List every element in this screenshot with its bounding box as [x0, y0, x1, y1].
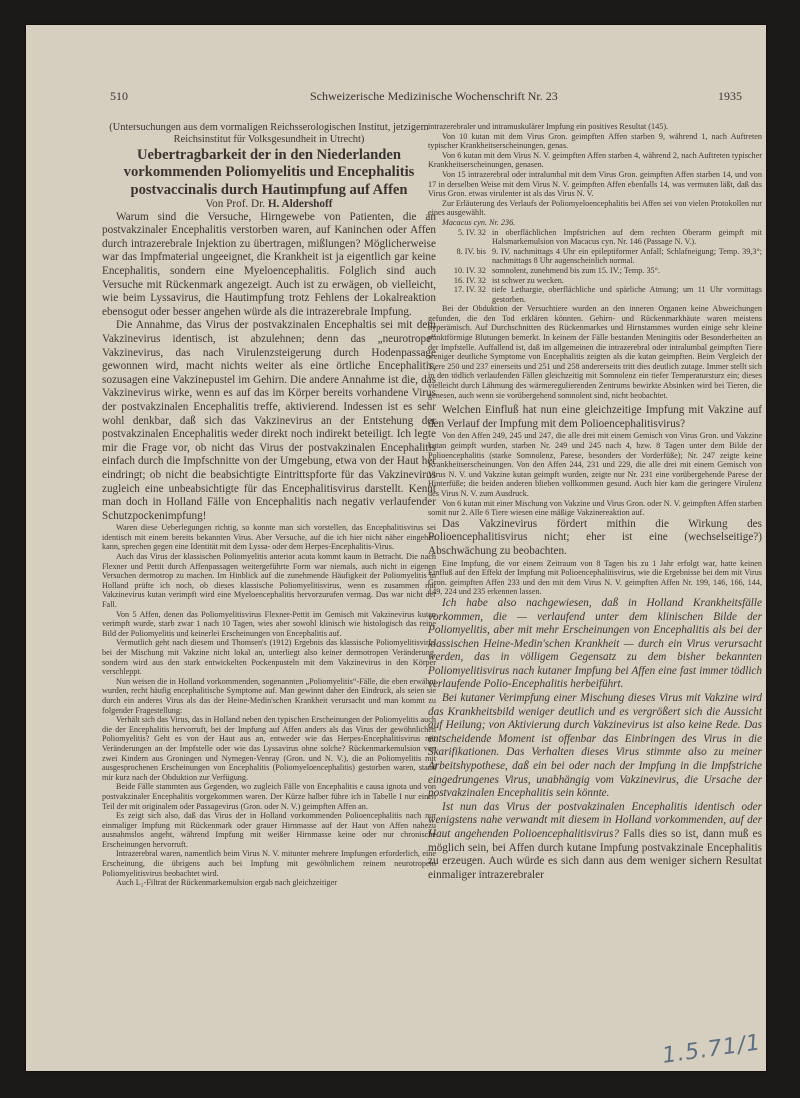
- left-column: (Untersuchungen aus dem vormaligen Reich…: [102, 122, 436, 888]
- protocol-date: 17. IV. 32: [428, 285, 492, 304]
- paragraph: Von 15 intrazerebral oder intralumbal mi…: [428, 170, 762, 199]
- paragraph: Ist nun das Virus der postvakzinalen Enc…: [428, 801, 762, 883]
- protocol-date: 16. IV. 32: [428, 276, 492, 286]
- paragraph: Nun weisen die in Holland vorkommenden, …: [102, 677, 436, 715]
- protocol-date: 5. IV. 32: [428, 228, 492, 247]
- paragraph: Von 10 kutan mit dem Virus Gron. geimpft…: [428, 132, 762, 151]
- handwritten-annotation: 1.5.71/1: [661, 1030, 763, 1069]
- paragraph: Die Annahme, das Virus der postvakzinale…: [102, 319, 436, 523]
- institute-note: (Untersuchungen aus dem vormaligen Reich…: [102, 122, 436, 147]
- paragraph: Warum sind die Versuche, Hirngewebe von …: [102, 211, 436, 320]
- paragraph: Von 6 kutan mit einer Mischung von Vakzi…: [428, 499, 762, 518]
- article-title: Uebertragbarkeit der in den Niederlanden…: [102, 147, 436, 199]
- conclusion-paragraph: Ich habe also nachgewiesen, daß in Holla…: [428, 597, 762, 692]
- paragraph: Eine Impfung, die vor einem Zeitraum von…: [428, 559, 762, 597]
- protocol-entry: somnolent, zunehmend bis zum 15. IV.; Te…: [492, 266, 762, 276]
- paragraph: Das Vakzinevirus fördert mithin die Wirk…: [428, 518, 762, 559]
- paragraph: Von 6 kutan mit dem Virus N. V. geimpfte…: [428, 151, 762, 170]
- author-name: H. Aldershoff: [268, 198, 333, 210]
- paragraph: Zur Erläuterung des Verlaufs der Poliomy…: [428, 199, 762, 218]
- section-question: Welchen Einfluß hat nun eine gleichzeiti…: [428, 404, 762, 431]
- page-number: 510: [110, 89, 128, 104]
- paragraph: Beide Fälle stammten aus Gegenden, wo zu…: [102, 782, 436, 811]
- year: 1935: [718, 89, 742, 104]
- author-line: Von Prof. Dr. H. Aldershoff: [102, 199, 436, 211]
- paragraph: Vermutlich geht nach diesem und Thomsen'…: [102, 638, 436, 676]
- paragraph: Bei der Obduktion der Versuchtiere wurde…: [428, 304, 762, 400]
- protocol-entry: ist schwer zu wecken.: [492, 276, 762, 286]
- protocol-date: 8. IV. bis: [428, 247, 492, 266]
- paragraph: Es zeigt sich also, daß das Virus der in…: [102, 811, 436, 849]
- protocol-entry: tiefe Lethargie, oberflächliche und spär…: [492, 285, 762, 304]
- protocol-entry: 9. IV. nachmittags 4 Uhr ein epileptifor…: [492, 247, 762, 266]
- author-prefix: Von Prof. Dr.: [206, 198, 265, 210]
- paragraph: Von 5 Affen, denen das Poliomyelitisviru…: [102, 610, 436, 639]
- paragraph: intrazerebraler und intramuskulärer Impf…: [428, 122, 762, 132]
- protocol-entry: in oberflächlichen Impfstrichen auf dem …: [492, 228, 762, 247]
- paragraph: Von den Affen 249, 245 und 247, die alle…: [428, 431, 762, 498]
- paragraph: Intrazerebral waren, namentlich beim Vir…: [102, 849, 436, 878]
- journal-title: Schweizerische Medizinische Wochenschrif…: [310, 89, 558, 104]
- document-page: 510 Schweizerische Medizinische Wochensc…: [26, 25, 766, 1071]
- right-column: intrazerebraler und intramuskulärer Impf…: [428, 122, 762, 882]
- paragraph: Auch L₂-Filtrat der Rückenmarkemulsion e…: [102, 878, 436, 888]
- paragraph: Waren diese Ueberlegungen richtig, so ko…: [102, 523, 436, 552]
- paragraph: Verhält sich das Virus, das in Holland n…: [102, 715, 436, 782]
- protocol-list: 5. IV. 32 in oberflächlichen Impfstriche…: [428, 228, 762, 305]
- paragraph: Auch das Virus der klassischen Poliomyel…: [102, 552, 436, 610]
- conclusion-paragraph: Bei kutaner Verimpfung einer Mischung di…: [428, 692, 762, 801]
- protocol-date: 10. IV. 32: [428, 266, 492, 276]
- protocol-title: Macacus cyn. Nr. 236.: [428, 218, 762, 228]
